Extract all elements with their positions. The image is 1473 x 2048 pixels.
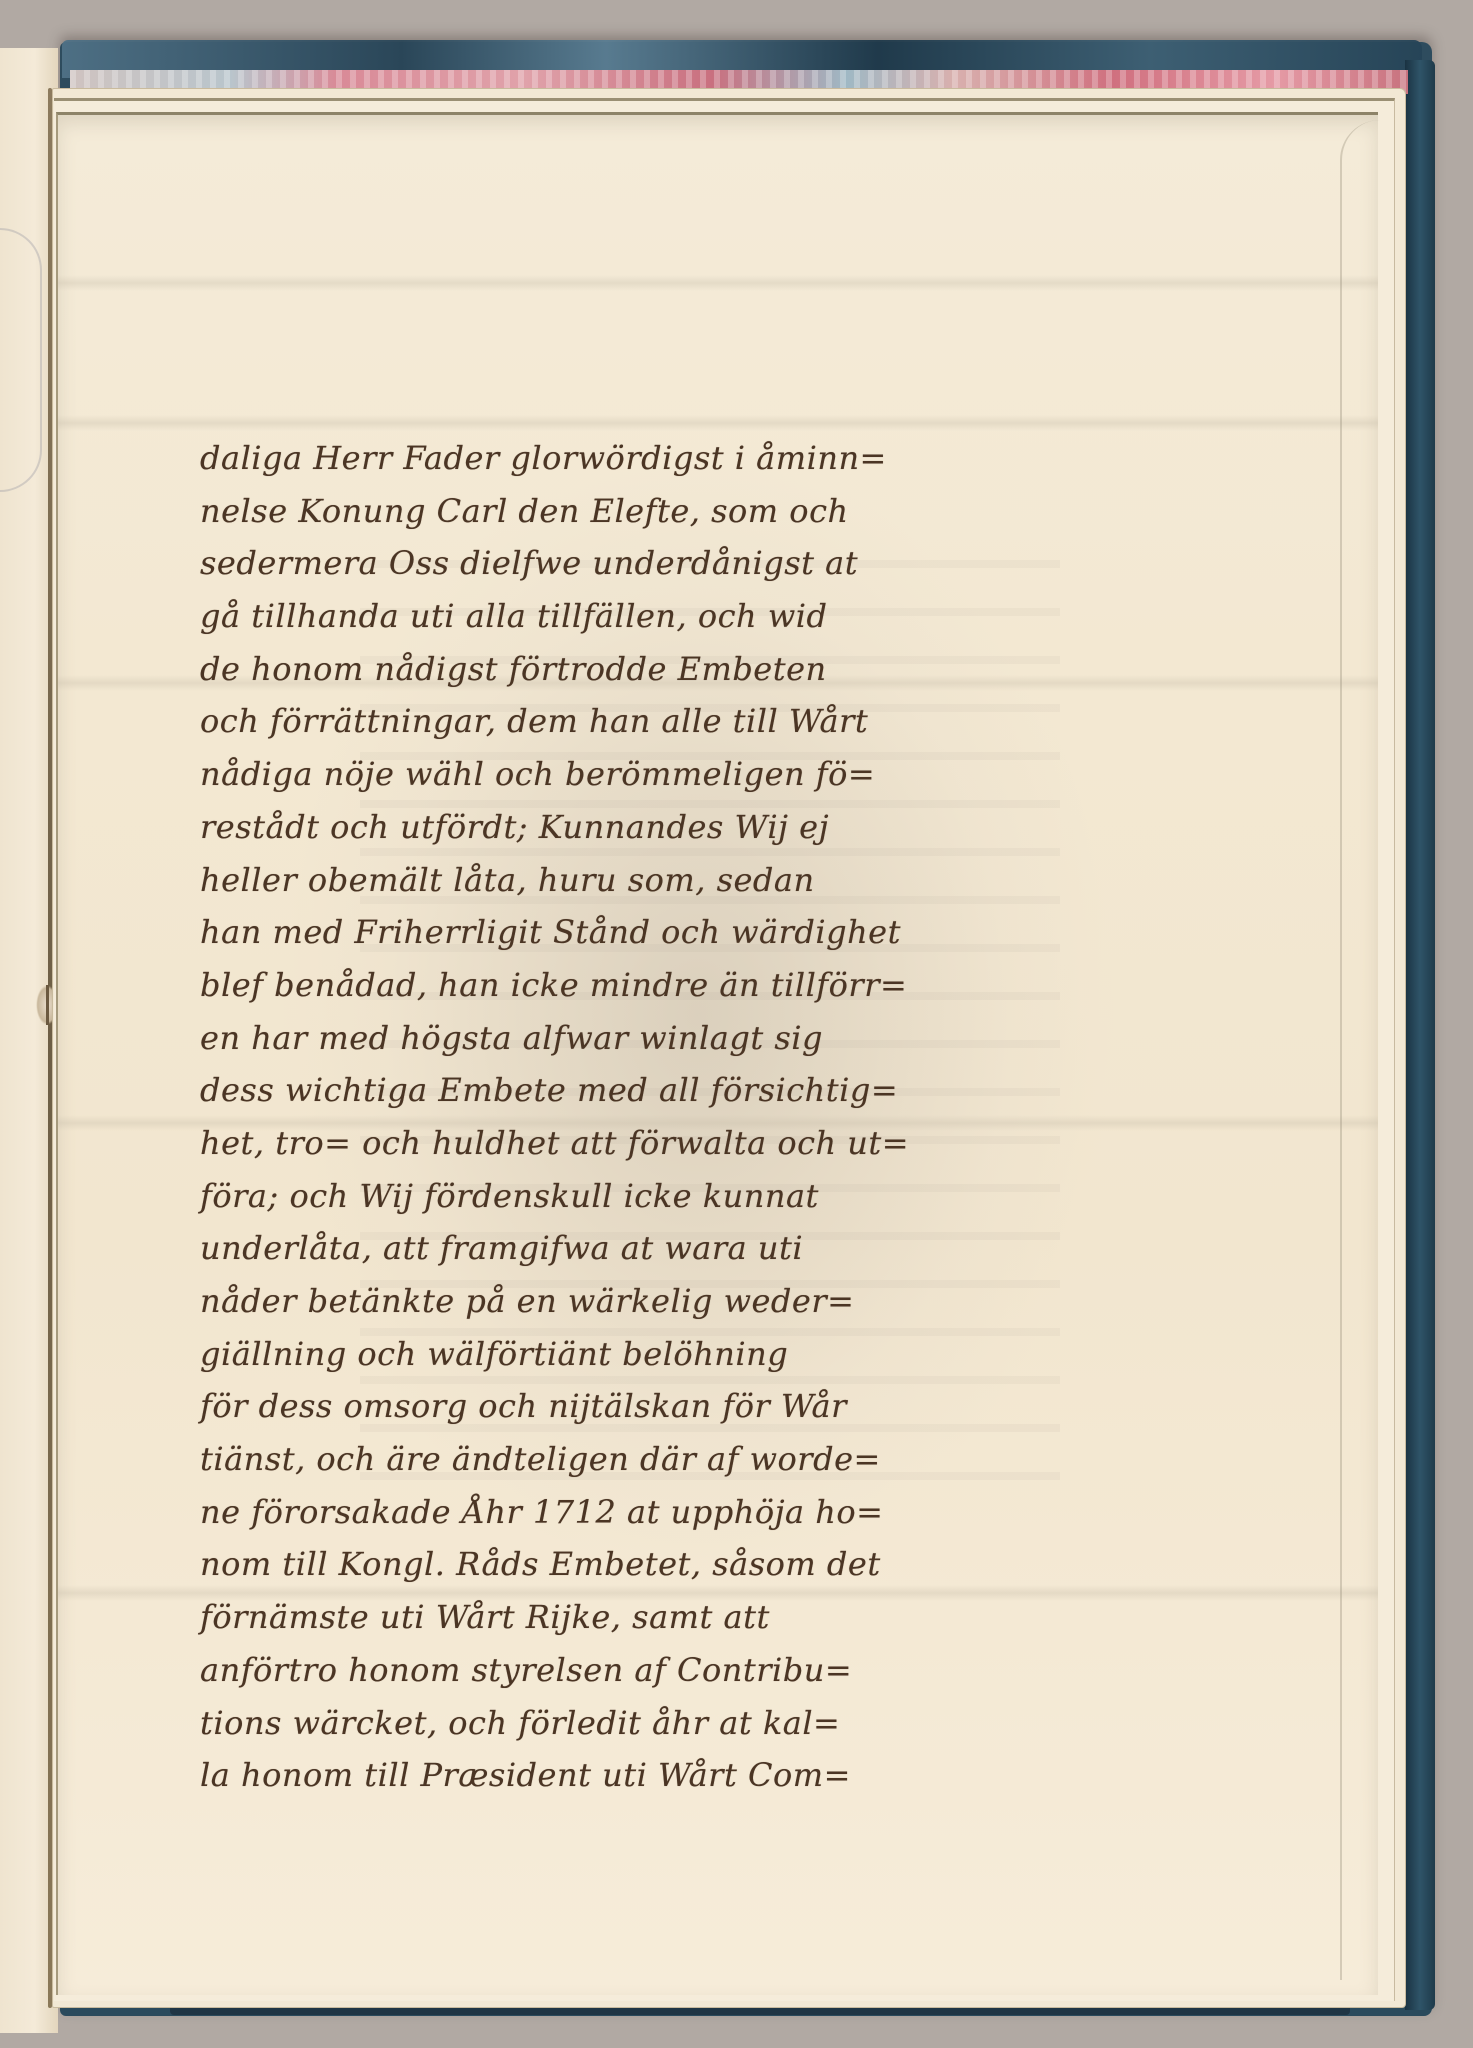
manuscript-line: nåder betänkte på en wärkelig weder= bbox=[200, 1275, 1100, 1328]
manuscript-line: dess wichtiga Embete med all försichtig= bbox=[200, 1064, 1100, 1117]
manuscript-line: het, tro= och huldhet att förwalta och u… bbox=[200, 1117, 1100, 1170]
manuscript-line: nom till Kongl. Råds Embetet, såsom det bbox=[200, 1538, 1100, 1591]
manuscript-line: nelse Konung Carl den Elefte, som och bbox=[200, 485, 1100, 538]
manuscript-line: heller obemält låta, huru som, sedan bbox=[200, 854, 1100, 907]
paper-wave bbox=[58, 275, 1378, 291]
manuscript-line: för dess omsorg och nijtälskan för Wår bbox=[200, 1380, 1100, 1433]
manuscript-line: förnämste uti Wårt Rijke, samt att bbox=[200, 1591, 1100, 1644]
manuscript-line: restådt och utfördt; Kunnandes Wij ej bbox=[200, 801, 1100, 854]
manuscript-line: ne förorsakade Åhr 1712 at upphöja ho= bbox=[200, 1486, 1100, 1539]
page-edge-curl bbox=[1340, 120, 1382, 1980]
manuscript-line: han med Friherrligit Stånd och wärdighet bbox=[200, 906, 1100, 959]
manuscript-line: tions wärcket, och förledit åhr at kal= bbox=[200, 1697, 1100, 1750]
manuscript-line: och förrättningar, dem han alle till Wår… bbox=[200, 695, 1100, 748]
manuscript-line: daliga Herr Fader glorwördigst i åminn= bbox=[200, 432, 1100, 485]
manuscript-line: en har med högsta alfwar winlagt sig bbox=[200, 1012, 1100, 1065]
facing-page-ink-bleed bbox=[0, 228, 42, 492]
manuscript-line: de honom nådigst förtrodde Embeten bbox=[200, 643, 1100, 696]
paper-wave bbox=[58, 415, 1378, 431]
manuscript-line: tiänst, och äre ändteligen där af worde= bbox=[200, 1433, 1100, 1486]
manuscript-line: gå tillhanda uti alla tillfällen, och wi… bbox=[200, 590, 1100, 643]
handwritten-text-block: daliga Herr Fader glorwördigst i åminn= … bbox=[200, 432, 1100, 1802]
manuscript-line: underlåta, att framgifwa at wara uti bbox=[200, 1222, 1100, 1275]
book-cover-right-edge bbox=[1405, 60, 1435, 2010]
manuscript-line: sedermera Oss dielfwe underdånigst at bbox=[200, 537, 1100, 590]
manuscript-line: föra; och Wij fördenskull icke kunnat bbox=[200, 1170, 1100, 1223]
manuscript-line: nådiga nöje wähl och berömmeligen fö= bbox=[200, 748, 1100, 801]
manuscript-line: anförtro honom styrelsen af Contribu= bbox=[200, 1644, 1100, 1697]
manuscript-line: la honom till Præsident uti Wårt Com= bbox=[200, 1749, 1100, 1802]
manuscript-line: giällning och wälförtiänt belöhning bbox=[200, 1328, 1100, 1381]
manuscript-line: blef benådad, han icke mindre än tillför… bbox=[200, 959, 1100, 1012]
